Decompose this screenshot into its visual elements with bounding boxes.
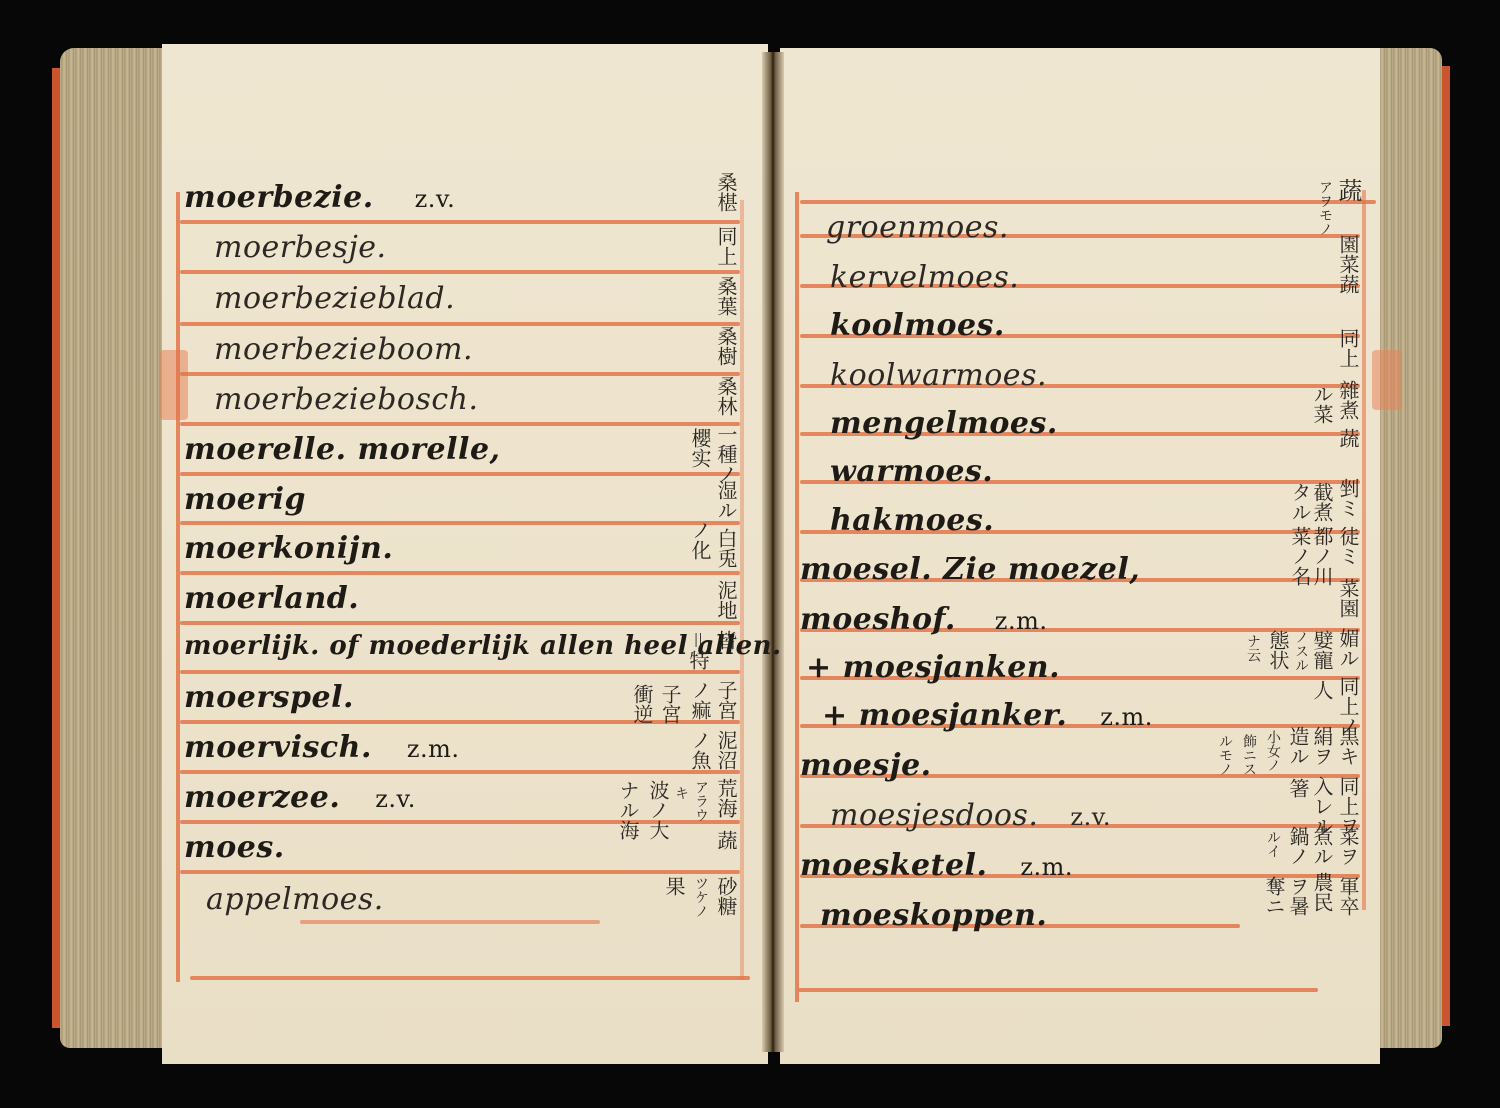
gloss: 同上 bbox=[1338, 328, 1358, 368]
gloss: 桑林 bbox=[716, 376, 736, 416]
headword: moervisch. z.m. bbox=[184, 730, 460, 765]
gloss: ナ云 bbox=[1246, 634, 1260, 662]
headword: moerland. bbox=[184, 581, 359, 616]
gloss: 都ノ川 bbox=[1312, 526, 1332, 586]
gloss: ノ魚 bbox=[690, 730, 710, 770]
gloss: ル菜 bbox=[1312, 384, 1332, 424]
headword: moerbezie. z.v. bbox=[184, 180, 455, 215]
gloss: 桑椹 bbox=[716, 172, 736, 212]
headword: moerzee. z.v. bbox=[184, 780, 416, 815]
gloss: 煮ル bbox=[1312, 826, 1332, 866]
headword: hakmoes. bbox=[830, 503, 994, 538]
gloss: 蔬 bbox=[1336, 178, 1360, 202]
gloss: アラウ bbox=[694, 780, 708, 822]
gloss: 嬖寵 bbox=[1312, 630, 1332, 670]
gloss: 砂糖 bbox=[716, 876, 736, 916]
ruled-line bbox=[800, 200, 1376, 204]
headword: + moesjanker. z.m. bbox=[822, 698, 1153, 733]
headword: moeshof. z.m. bbox=[800, 602, 1047, 637]
open-book: moerbezie. z.v. moerbesje. moerbezieblad… bbox=[0, 0, 1500, 1108]
gloss: 鍋ノ bbox=[1288, 826, 1308, 866]
gloss: 泥沼 bbox=[716, 730, 736, 770]
gloss: 桑葉 bbox=[716, 276, 736, 316]
ruled-line bbox=[190, 976, 750, 980]
ruled-line bbox=[180, 422, 740, 426]
gloss: 湿ル bbox=[716, 480, 736, 520]
gloss: 黒キ bbox=[1338, 726, 1358, 766]
gloss: 果 bbox=[664, 876, 684, 896]
ruled-line bbox=[180, 322, 740, 326]
gloss: 菜ヲ bbox=[1338, 826, 1358, 866]
headword: moerig bbox=[184, 482, 306, 517]
headword: moerbesje. bbox=[214, 230, 387, 265]
ruled-line bbox=[180, 521, 740, 525]
ruled-line bbox=[798, 988, 1318, 992]
headword: + moesjanken. bbox=[806, 650, 1060, 685]
gloss: 衝逆 bbox=[632, 684, 652, 724]
right-margin-rule bbox=[795, 192, 799, 1002]
left-margin-rule bbox=[176, 192, 180, 982]
headword: moerbeziebosch. bbox=[214, 382, 479, 417]
gloss: 蔬 bbox=[1338, 428, 1358, 448]
headword: koolmoes. bbox=[830, 308, 1005, 343]
gloss: 絹ヲ bbox=[1312, 726, 1332, 766]
headword: appelmoes. bbox=[206, 882, 384, 917]
gloss: アヲモノ bbox=[1318, 180, 1332, 236]
headword: koolwarmoes. bbox=[830, 358, 1047, 393]
headword: moerelle. morelle, bbox=[184, 432, 500, 467]
gloss: 菜園 bbox=[1338, 578, 1358, 618]
gloss: ルイ bbox=[1266, 830, 1280, 858]
gloss: 櫻实 bbox=[690, 428, 710, 468]
right-page-stack bbox=[1378, 48, 1442, 1048]
gloss: 波ノ大 bbox=[648, 780, 668, 840]
gloss: 桑樹 bbox=[716, 326, 736, 366]
headword: kervelmoes. bbox=[830, 260, 1019, 295]
left-inner-rule bbox=[740, 200, 744, 980]
gloss: ノ化 bbox=[690, 520, 710, 560]
book-gutter bbox=[762, 52, 784, 1052]
headword: moerspel. bbox=[184, 680, 354, 715]
gloss: 剉ミ bbox=[1338, 478, 1358, 518]
gloss: 態状 bbox=[1268, 630, 1288, 670]
ruled-line bbox=[180, 220, 740, 224]
headword: groenmoes. bbox=[826, 210, 1009, 245]
gloss: 子宮 bbox=[660, 684, 680, 724]
red-smudge-right bbox=[1372, 350, 1402, 410]
ruled-line bbox=[180, 571, 740, 575]
gloss: 園菜蔬 bbox=[1338, 234, 1358, 294]
headword: moesje. bbox=[800, 748, 932, 783]
red-smudge-left bbox=[160, 350, 188, 420]
headword: moes. bbox=[184, 830, 285, 865]
gloss: 箸 bbox=[1288, 778, 1308, 798]
gloss: 農民 bbox=[1312, 872, 1332, 912]
ruled-line bbox=[180, 621, 740, 625]
headword: warmoes. bbox=[830, 454, 993, 489]
ruled-line bbox=[180, 720, 740, 724]
headword: moeskoppen. bbox=[820, 898, 1047, 933]
ruled-line bbox=[180, 670, 740, 674]
gloss: 飾ニス bbox=[1242, 734, 1256, 776]
gloss: 截煮 bbox=[1312, 482, 1332, 522]
headword: mengelmoes. bbox=[830, 406, 1058, 441]
gloss: 媚ル bbox=[1338, 628, 1358, 668]
gloss: 一種ノ bbox=[716, 424, 736, 484]
headword: moesjesdoos. z.v. bbox=[830, 798, 1111, 833]
gloss: ノスル bbox=[1294, 630, 1308, 672]
gloss: 雜煮 bbox=[1338, 380, 1358, 420]
headword: moesel. Zie moezel, bbox=[800, 552, 1140, 587]
gloss: 白兎 bbox=[716, 528, 736, 568]
left-page-stack bbox=[60, 48, 164, 1048]
ruled-line bbox=[180, 472, 740, 476]
gloss: 人 bbox=[1312, 680, 1332, 700]
gloss: 泥地 bbox=[716, 580, 736, 620]
gloss: 奪ニ bbox=[1264, 876, 1284, 916]
gloss: 皆 bbox=[716, 630, 736, 650]
gloss: 造ル bbox=[1288, 726, 1308, 766]
gloss: ルモノ bbox=[1218, 734, 1232, 776]
gloss: ノ痲 bbox=[690, 680, 710, 720]
gloss: 子宮 bbox=[716, 680, 736, 720]
gloss: 蔬 bbox=[716, 830, 736, 850]
ruled-line bbox=[180, 270, 740, 274]
gloss: ツケノ bbox=[694, 876, 708, 918]
ruled-line bbox=[300, 920, 600, 924]
right-inner-rule bbox=[1362, 190, 1366, 910]
headword: moerbezieblad. bbox=[214, 281, 455, 316]
ruled-line bbox=[180, 870, 740, 874]
gloss: タル bbox=[1290, 482, 1310, 522]
headword: moesketel. z.m. bbox=[800, 848, 1073, 883]
gloss: 小女ノ bbox=[1266, 730, 1280, 772]
headword: moerbezieboom. bbox=[214, 332, 473, 367]
ruled-line bbox=[180, 372, 740, 376]
gloss: 徒ミ bbox=[1338, 526, 1358, 566]
gloss: 荒海 bbox=[716, 778, 736, 818]
gloss: ヲ暑 bbox=[1288, 876, 1308, 916]
ruled-line bbox=[180, 770, 740, 774]
gloss: 軍卒 bbox=[1338, 876, 1358, 916]
gloss: ナル海 bbox=[618, 780, 638, 840]
gloss: 菜ノ名 bbox=[1290, 526, 1310, 586]
gloss: キ bbox=[674, 786, 688, 800]
gloss: 同上 bbox=[716, 226, 736, 266]
gloss: ＝特 bbox=[688, 630, 708, 670]
headword: moerkonijn. bbox=[184, 531, 393, 566]
